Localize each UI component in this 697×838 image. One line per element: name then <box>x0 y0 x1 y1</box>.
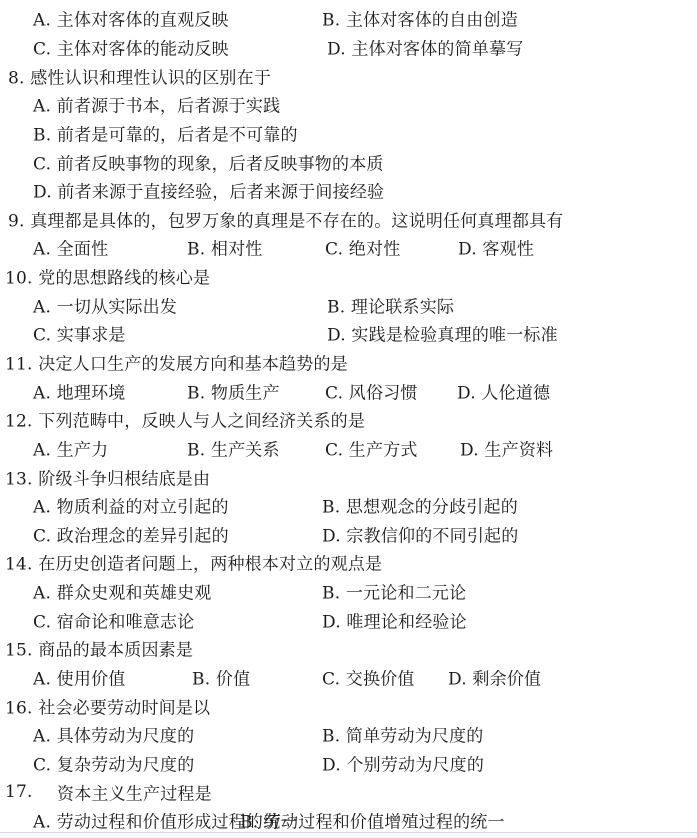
exam-line: 12. 下列范畴中，反映人与人之间经济关系的是 <box>0 405 697 434</box>
exam-line: 17.资本主义生产过程是 <box>0 777 697 806</box>
option-b: B. 理论联系实际 <box>327 292 454 317</box>
option-c: C. 生产方式 <box>325 435 418 460</box>
exam-question-list: A. 主体对客体的直观反映B. 主体对客体的自由创造C. 主体对客体的能动反映D… <box>0 4 697 835</box>
exam-line: 16. 社会必要劳动时间是以 <box>0 691 697 720</box>
option-d: D. 宗教信仰的不同引起的 <box>322 521 518 546</box>
option-c: C. 宿命论和唯意志论 <box>33 607 194 632</box>
page-bottom-divider <box>0 832 697 838</box>
exam-line: A. 具体劳动为尺度的B. 简单劳动为尺度的 <box>0 720 697 749</box>
question-stem: 9. 真理都是具体的，包罗万象的真理是不存在的。这说明任何真理都具有 <box>8 206 563 231</box>
option-a: A. 使用价值 <box>33 665 125 690</box>
exam-line: C. 主体对客体的能动反映D. 主体对客体的简单摹写 <box>0 33 697 62</box>
option-d: D. 个别劳动为尺度的 <box>322 750 484 775</box>
question-stem: 12. 下列范畴中，反映人与人之间经济关系的是 <box>5 407 365 432</box>
exam-line: A. 前者源于书本，后者源于实践 <box>0 90 697 119</box>
option-d: D. 生产资料 <box>460 435 553 460</box>
exam-line: 9. 真理都是具体的，包罗万象的真理是不存在的。这说明任何真理都具有 <box>0 204 697 233</box>
option-c: C. 主体对客体的能动反映 <box>33 34 229 59</box>
exam-line: 11. 决定人口生产的发展方向和基本趋势的是 <box>0 348 697 377</box>
option-a: A. 群众史观和英雄史观 <box>33 579 211 604</box>
option-a: A. 地理环境 <box>33 378 125 403</box>
exam-line: D. 前者来源于直接经验，后者来源于间接经验 <box>0 176 697 205</box>
question-stem: 13. 阶级斗争归根结底是由 <box>5 464 210 489</box>
option-d: D. 唯理论和经验论 <box>322 607 467 632</box>
exam-line: A. 群众史观和英雄史观B. 一元论和二元论 <box>0 577 697 606</box>
exam-line: C. 宿命论和唯意志论D. 唯理论和经验论 <box>0 605 697 634</box>
exam-line: C. 前者反映事物的现象，后者反映事物的本质 <box>0 147 697 176</box>
exam-line: C. 复杂劳动为尺度的D. 个别劳动为尺度的 <box>0 749 697 778</box>
question-stem: 11. 决定人口生产的发展方向和基本趋势的是 <box>5 350 348 375</box>
exam-line: B. 前者是可靠的，后者是不可靠的 <box>0 119 697 148</box>
exam-line: A. 主体对客体的直观反映B. 主体对客体的自由创造 <box>0 4 697 33</box>
option-c: C. 前者反映事物的现象，后者反映事物的本质 <box>33 149 384 174</box>
exam-line: A. 劳动过程和价值形成过程的统一B. 劳动过程和价值增殖过程的统一 <box>0 806 697 835</box>
option-a: A. 具体劳动为尺度的 <box>33 722 194 747</box>
option-b: B. 一元论和二元论 <box>322 579 466 604</box>
option-c: C. 交换价值 <box>322 665 415 690</box>
option-b: B. 主体对客体的自由创造 <box>322 6 518 31</box>
option-d: D. 客观性 <box>458 235 534 260</box>
option-b: B. 前者是可靠的，后者是不可靠的 <box>33 120 298 145</box>
option-c: C. 实事求是 <box>33 321 126 346</box>
option-a: A. 主体对客体的直观反映 <box>33 6 229 31</box>
exam-line: C. 政治理念的差异引起的D. 宗教信仰的不同引起的 <box>0 520 697 549</box>
option-d: D. 剩余价值 <box>448 665 541 690</box>
option-b: B. 相对性 <box>187 235 263 260</box>
option-a: A. 一切从实际出发 <box>33 292 177 317</box>
exam-document-page: A. 主体对客体的直观反映B. 主体对客体的自由创造C. 主体对客体的能动反映D… <box>0 0 697 838</box>
exam-line: A. 使用价值B. 价值C. 交换价值D. 剩余价值 <box>0 663 697 692</box>
exam-line: 8. 感性认识和理性认识的区别在于 <box>0 61 697 90</box>
option-b: B. 价值 <box>192 665 250 690</box>
exam-line: 14. 在历史创造者问题上，两种根本对立的观点是 <box>0 548 697 577</box>
option-d: D. 人伦道德 <box>457 378 550 403</box>
option-d: D. 前者来源于直接经验，后者来源于间接经验 <box>33 178 384 203</box>
exam-line: A. 一切从实际出发B. 理论联系实际 <box>0 290 697 319</box>
question-number: 17. <box>5 782 33 802</box>
option-c: C. 绝对性 <box>325 235 400 260</box>
exam-line: A. 物质利益的对立引起的B. 思想观念的分歧引起的 <box>0 491 697 520</box>
exam-line: A. 全面性B. 相对性C. 绝对性D. 客观性 <box>0 233 697 262</box>
exam-line: 13. 阶级斗争归根结底是由 <box>0 462 697 491</box>
option-d: D. 实践是检验真理的唯一标准 <box>327 321 558 346</box>
option-c: C. 政治理念的差异引起的 <box>33 521 229 546</box>
question-stem: 资本主义生产过程是 <box>57 779 212 804</box>
exam-line: 10. 党的思想路线的核心是 <box>0 262 697 291</box>
option-c: C. 风俗习惯 <box>325 378 418 403</box>
option-a: A. 生产力 <box>33 435 108 460</box>
question-stem: 16. 社会必要劳动时间是以 <box>5 693 210 718</box>
option-b: B. 劳动过程和价值增殖过程的统一 <box>240 808 505 833</box>
option-b: B. 生产关系 <box>187 435 280 460</box>
option-b: B. 思想观念的分歧引起的 <box>322 493 518 518</box>
question-stem: 15. 商品的最本质因素是 <box>5 636 193 661</box>
option-a: A. 前者源于书本，后者源于实践 <box>33 92 280 117</box>
exam-line: A. 生产力B. 生产关系C. 生产方式D. 生产资料 <box>0 434 697 463</box>
option-c: C. 复杂劳动为尺度的 <box>33 750 194 775</box>
option-b: B. 简单劳动为尺度的 <box>322 722 484 747</box>
option-d: D. 主体对客体的简单摹写 <box>327 34 523 59</box>
exam-line: A. 地理环境B. 物质生产C. 风俗习惯D. 人伦道德 <box>0 376 697 405</box>
exam-line: 15. 商品的最本质因素是 <box>0 634 697 663</box>
option-b: B. 物质生产 <box>187 378 280 403</box>
exam-line: C. 实事求是D. 实践是检验真理的唯一标准 <box>0 319 697 348</box>
question-stem: 8. 感性认识和理性认识的区别在于 <box>8 63 271 88</box>
question-stem: 10. 党的思想路线的核心是 <box>5 264 210 289</box>
option-a: A. 物质利益的对立引起的 <box>33 493 229 518</box>
option-a: A. 全面性 <box>33 235 108 260</box>
question-stem: 14. 在历史创造者问题上，两种根本对立的观点是 <box>5 550 382 575</box>
